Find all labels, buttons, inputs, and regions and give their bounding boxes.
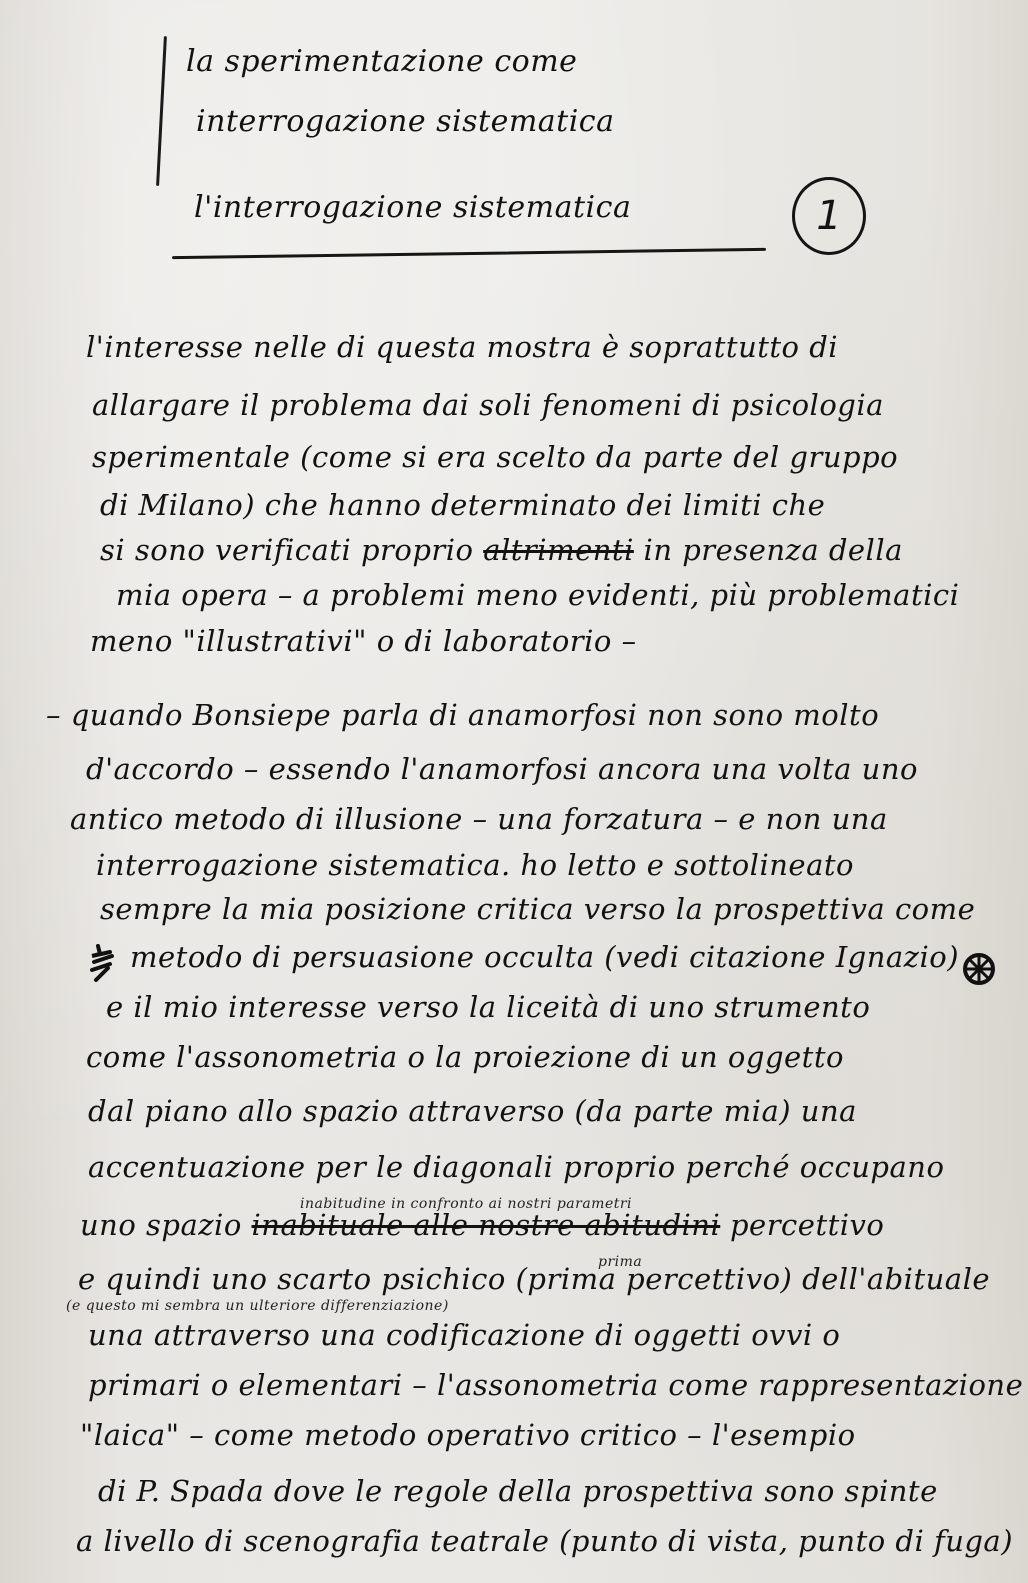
p2-line: primari o elementari – l'assonometria co… (88, 1368, 1023, 1402)
title-line-1: la sperimentazione come (186, 44, 577, 79)
p2-line: – quando Bonsiepe parla di anamorfosi no… (46, 698, 879, 732)
p1-line: di Milano) che hanno determinato dei lim… (100, 488, 825, 522)
struck-word: altrimenti (483, 533, 634, 567)
p2-line: e quindi uno scarto psichico (prima perc… (78, 1262, 990, 1296)
p1-line: allargare il problema dai soli fenomeni … (92, 388, 884, 422)
subtitle: l'interrogazione sistematica (194, 190, 631, 225)
scribble-mark-icon (88, 944, 116, 984)
manuscript-page: la sperimentazione come interrogazione s… (0, 0, 1028, 1583)
struck-phrase: inabituale alle nostre abitudini (252, 1208, 721, 1242)
p1-line: l'interesse nelle di questa mostra è sop… (86, 330, 838, 364)
p2-line-text: percettivo (720, 1208, 884, 1242)
page-number: 1 (816, 193, 841, 239)
p2-line: antico metodo di illusione – una forzatu… (70, 802, 888, 836)
p1-line: si sono verificati proprio altrimenti in… (100, 533, 903, 567)
p2-line: e il mio interesse verso la liceità di u… (106, 990, 870, 1024)
p2-line: d'accordo – essendo l'anamorfosi ancora … (86, 752, 918, 786)
p2-line: uno spazio inabituale alle nostre abitud… (80, 1208, 884, 1242)
title-underline (172, 248, 766, 259)
p1-line: meno "illustrativi" o di laboratorio – (90, 624, 637, 658)
p2-line: dal piano allo spazio attraverso (da par… (88, 1094, 857, 1128)
wheel-mark-icon (962, 952, 996, 986)
p1-line-text: si sono verificati proprio (100, 533, 483, 567)
margin-bar (156, 36, 167, 186)
p2-line: interrogazione sistematica. ho letto e s… (96, 848, 854, 882)
p2-line: metodo di persuasione occulta (vedi cita… (130, 940, 959, 974)
p2-line: accentuazione per le diagonali proprio p… (88, 1150, 944, 1184)
p2-line: "laica" – come metodo operativo critico … (80, 1418, 856, 1452)
p2-line-text: uno spazio (80, 1208, 252, 1242)
insert-below-quindi: (e questo mi sembra un ulteriore differe… (66, 1298, 449, 1314)
p1-line: sperimentale (come si era scelto da part… (92, 440, 898, 474)
p1-line-text: in presenza della (634, 533, 903, 567)
p2-line: a livello di scenografia teatrale (punto… (76, 1524, 1013, 1558)
p2-line: una attraverso una codificazione di ogge… (88, 1318, 840, 1352)
p2-line: di P. Spada dove le regole della prospet… (98, 1474, 938, 1508)
p2-line: sempre la mia posizione critica verso la… (100, 892, 975, 926)
p2-line: come l'assonometria o la proiezione di u… (86, 1040, 844, 1074)
title-line-2: interrogazione sistematica (196, 104, 615, 139)
page-number-badge: 1 (792, 177, 866, 255)
p1-line: mia opera – a problemi meno evidenti, pi… (116, 578, 959, 612)
